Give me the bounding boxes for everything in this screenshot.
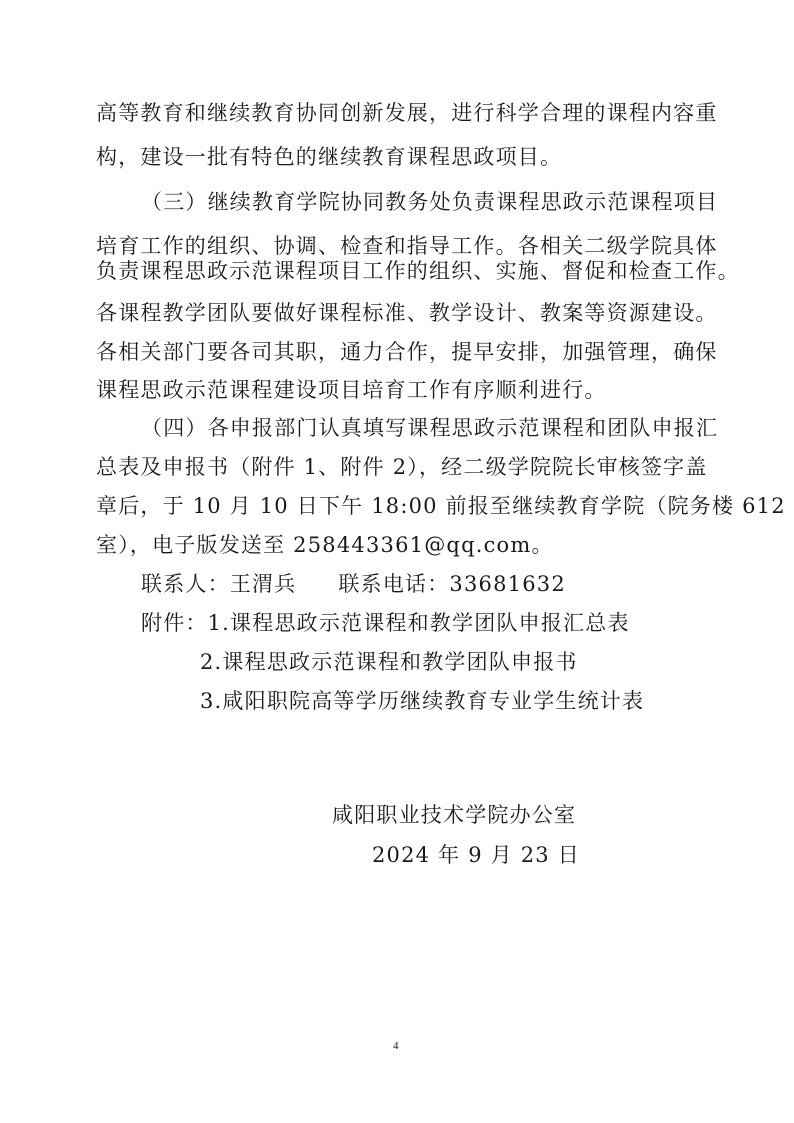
contact-phone-label: 联系电话： [338,572,449,596]
paragraph-1-line-2: 构，建设一批有特色的继续教育课程思政项目。 [96,144,562,170]
paragraph-3-line-4: 室），电子版发送至 258443361@qq.com。 [96,532,554,558]
signature-org: 咸阳职业技术学院办公室 [332,802,576,828]
paragraph-2-line-6: 课程思政示范课程建设项目培育工作有序顺利进行。 [96,377,607,403]
paragraph-3-line-2: 总表及申报书（附件 1、附件 2），经二级学院院长审核签字盖 [96,454,708,480]
attachment-item-1: 1.课程思政示范课程和教学团队申报汇总表 [208,611,630,635]
attachment-line-1: 附件：1.课程思政示范课程和教学团队申报汇总表 [141,610,630,636]
attachments-label: 附件： [141,611,208,635]
paragraph-2-line-3: 负责课程思政示范课程项目工作的组织、实施、督促和检查工作。 [96,258,740,284]
contact-person-name: 王渭兵 [230,572,297,596]
paragraph-2-line-4: 各课程教学团队要做好课程标准、教学设计、教案等资源建设。 [96,300,718,326]
paragraph-2-line-2: 培育工作的组织、协调、检查和指导工作。各相关二级学院具体 [96,233,718,259]
attachment-item-2: 2.课程思政示范课程和教学团队申报书 [200,649,578,675]
contact-line: 联系人：王渭兵联系电话：33681632 [141,571,566,597]
attachment-item-3: 3.咸阳职院高等学历继续教育专业学生统计表 [200,688,644,714]
page-number: 4 [393,1040,399,1052]
paragraph-1-line-1: 高等教育和继续教育协同创新发展，进行科学合理的课程内容重 [96,100,718,126]
signature-date: 2024 年 9 月 23 日 [372,842,580,868]
contact-person-label: 联系人： [141,572,230,596]
paragraph-2-line-1: （三）继续教育学院协同教务处负责课程思政示范课程项目 [141,189,718,215]
contact-phone: 33681632 [449,572,566,596]
paragraph-3-line-3: 章后，于 10 月 10 日下午 18:00 前报至继续教育学院（院务楼 612 [96,493,786,519]
paragraph-3-line-1: （四）各申报部门认真填写课程思政示范课程和团队申报汇 [141,415,718,441]
paragraph-2-line-5: 各相关部门要各司其职，通力合作，提早安排，加强管理，确保 [96,339,718,365]
